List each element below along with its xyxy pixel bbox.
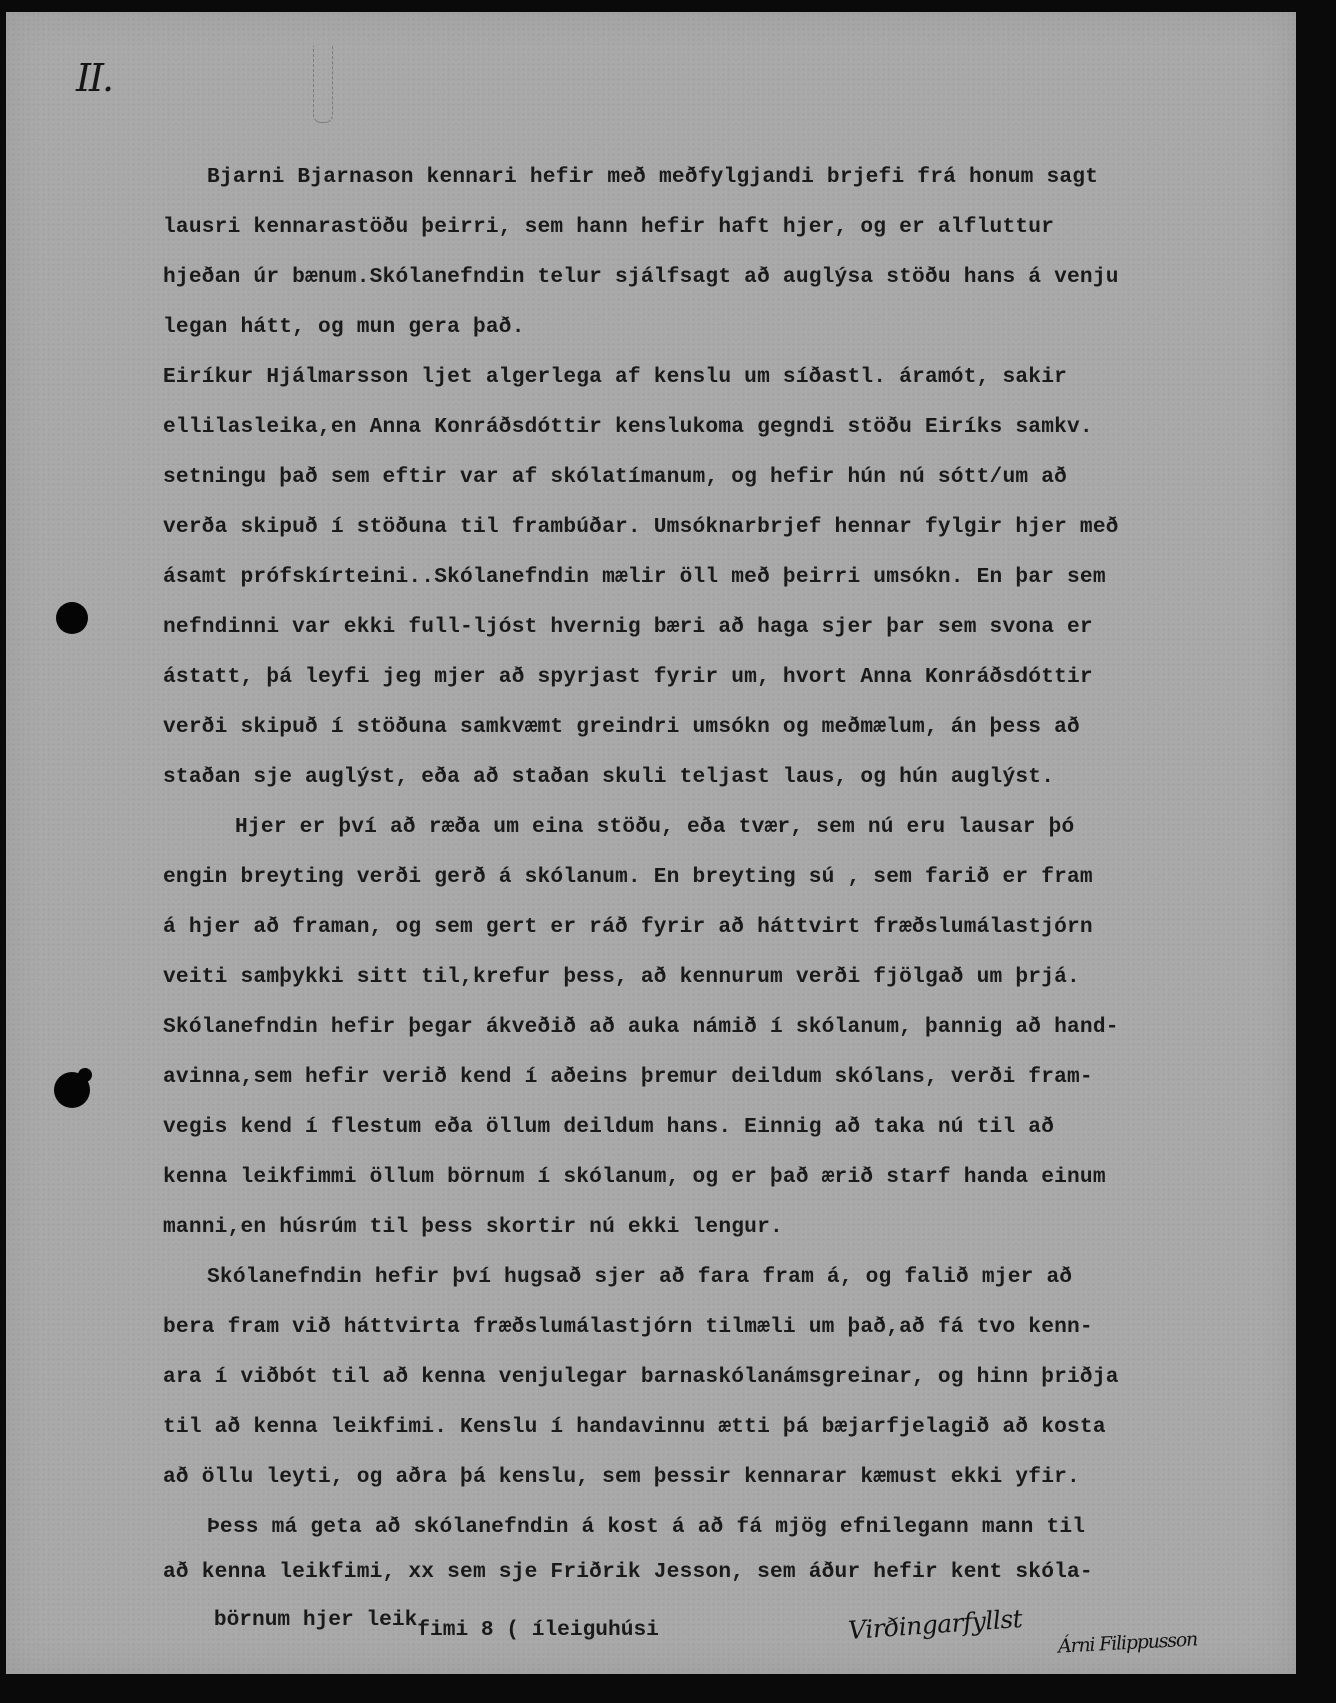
text-line: legan hátt, og mun gera það.: [163, 302, 1283, 352]
final-line-continuation: fimi 8 ( íleiguhúsi: [417, 1618, 659, 1642]
final-line-main: börnum hjer leik: [214, 1608, 417, 1632]
document-page: II. Bjarni Bjarnason kennari hefir með m…: [6, 12, 1296, 1674]
text-line: Eiríkur Hjálmarsson ljet algerlega af ke…: [163, 352, 1283, 402]
handwritten-closing: Virðingarfyllst: [847, 1604, 1023, 1645]
handwritten-signature: Árni Filippusson: [1058, 1628, 1198, 1657]
text-line: Skólanefndin hefir þegar ákveðið að auka…: [163, 1002, 1283, 1052]
text-line: engin breyting verði gerð á skólanum. En…: [163, 852, 1283, 902]
text-line: manni,en húsrúm til þess skortir nú ekki…: [163, 1202, 1283, 1252]
text-line: lausri kennarastöðu þeirri, sem hann hef…: [163, 202, 1283, 252]
punch-hole-bottom: [54, 1072, 90, 1108]
letter-body: Bjarni Bjarnason kennari hefir með meðfy…: [163, 152, 1283, 1592]
text-line: á hjer að framan, og sem gert er ráð fyr…: [163, 902, 1283, 952]
text-line: Hjer er því að ræða um eina stöðu, eða t…: [163, 802, 1283, 852]
text-line: staðan sje auglýst, eða að staðan skuli …: [163, 752, 1283, 802]
text-line: kenna leikfimmi öllum börnum í skólanum,…: [163, 1152, 1283, 1202]
text-line: setningu það sem eftir var af skólatíman…: [163, 452, 1283, 502]
page-number-marker: II.: [76, 56, 112, 100]
punch-hole-top: [56, 602, 88, 634]
text-line: Þess má geta að skólanefndin á kost á að…: [163, 1502, 1283, 1552]
text-line: vegis kend í flestum eða öllum deildum h…: [163, 1102, 1283, 1152]
text-line: Skólanefndin hefir því hugsað sjer að fa…: [163, 1252, 1283, 1302]
text-line: ara í viðbót til að kenna venjulegar bar…: [163, 1352, 1283, 1402]
text-line: avinna,sem hefir verið kend í aðeins þre…: [163, 1052, 1283, 1102]
text-line: ástatt, þá leyfi jeg mjer að spyrjast fy…: [163, 652, 1283, 702]
text-line: veiti samþykki sitt til,krefur þess, að …: [163, 952, 1283, 1002]
text-line: ásamt prófskírteini..Skólanefndin mælir …: [163, 552, 1283, 602]
text-line: að öllu leyti, og aðra þá kenslu, sem þe…: [163, 1452, 1283, 1502]
text-line: ellilasleika,en Anna Konráðsdóttir kensl…: [163, 402, 1283, 452]
text-line: bera fram við háttvirta fræðslumálastjór…: [163, 1302, 1283, 1352]
text-line: nefndinni var ekki full-ljóst hvernig bæ…: [163, 602, 1283, 652]
staple-mark: [313, 46, 333, 123]
text-line: til að kenna leikfimi. Kenslu í handavin…: [163, 1402, 1283, 1452]
text-line: hjeðan úr bænum.Skólanefndin telur sjálf…: [163, 252, 1283, 302]
text-line-final: börnum hjer leikfimi 8 ( íleiguhúsi: [163, 1584, 659, 1656]
text-line: Bjarni Bjarnason kennari hefir með meðfy…: [163, 152, 1283, 202]
text-line: verði skipuð í stöðuna samkvæmt greindri…: [163, 702, 1283, 752]
text-line: verða skipuð í stöðuna til frambúðar. Um…: [163, 502, 1283, 552]
